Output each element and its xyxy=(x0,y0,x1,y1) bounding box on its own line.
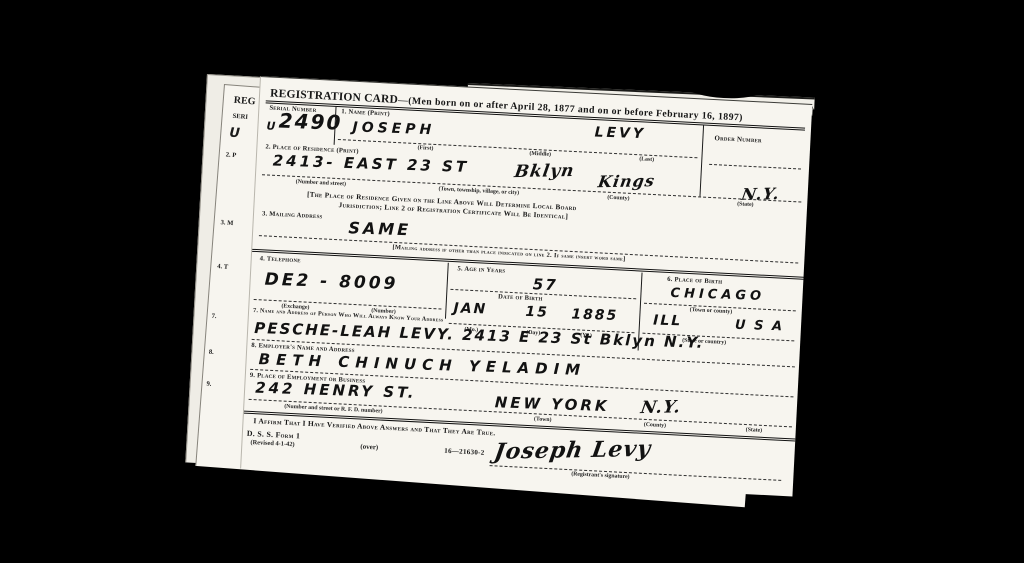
print-code: 16—21630-2 xyxy=(444,447,485,457)
date-of-birth-label: Date of Birth xyxy=(498,293,543,302)
partial-label: 2. P xyxy=(225,151,236,159)
order-box-border xyxy=(699,125,704,196)
name-label: 1. Name (Print) xyxy=(341,108,390,117)
order-number-line xyxy=(709,164,801,170)
partial-label: 8. xyxy=(209,349,214,356)
residence-street-value: 2413- EAST 23 ST xyxy=(272,151,469,176)
order-number-label: Order Number xyxy=(714,134,762,144)
form-revision: (Revised 4-1-42) xyxy=(250,439,295,448)
partial-label: 7. xyxy=(211,313,216,320)
telephone-value: DE2 - 8009 xyxy=(264,270,398,294)
mailing-address-label: 3. Mailing Address xyxy=(262,210,323,220)
scanned-document: REG SERI U 2. P 3. M 4. T 7. 8. 9. REGIS… xyxy=(0,0,1024,563)
first-sublabel: (First) xyxy=(417,145,433,152)
employment-town-sublabel: (Town) xyxy=(534,416,552,423)
birthplace-country-value: U S A xyxy=(735,318,785,335)
serial-prefix: U xyxy=(266,119,277,132)
street-sublabel: (Number and street) xyxy=(296,179,347,188)
birth-day-value: 15 xyxy=(525,304,549,321)
place-of-birth-label: 6. Place of Birth xyxy=(667,276,722,286)
employment-state-sublabel: (State) xyxy=(746,427,763,434)
partial-label: 9. xyxy=(206,381,211,388)
birth-month-value: JAN xyxy=(453,300,487,317)
employment-county-sublabel: (County) xyxy=(644,422,667,429)
registrant-signature: Joseph Levy xyxy=(492,436,653,465)
age-value: 57 xyxy=(533,275,558,294)
state-sublabel: (State) xyxy=(737,201,754,208)
birthplace-town-value: CHICAGO xyxy=(670,286,765,304)
employment-street-value: 242 HENRY ST. xyxy=(255,379,417,402)
column-divider xyxy=(445,263,449,319)
last-sublabel: (Last) xyxy=(639,156,654,163)
mailing-address-value: SAME xyxy=(348,218,411,239)
residence-town-value: Bklyn xyxy=(513,161,576,182)
telephone-label: 4. Telephone xyxy=(260,255,301,264)
partial-handwriting: U xyxy=(229,126,242,142)
over-note: (over) xyxy=(360,443,378,452)
partial-label: 4. T xyxy=(217,263,228,271)
age-label: 5. Age in Years xyxy=(457,265,505,274)
birthplace-state-value: ILL xyxy=(653,312,683,329)
employment-state-value: N.Y. xyxy=(639,397,682,418)
serial-number-value: 2490 xyxy=(278,109,342,135)
town-or-county-sublabel: (Town or county) xyxy=(690,307,733,315)
county-sublabel: (County) xyxy=(607,195,630,202)
signature-line xyxy=(490,465,782,481)
mailing-line xyxy=(259,235,798,263)
name-first-value: JOSEPH xyxy=(352,119,435,138)
partial-label: SERI xyxy=(232,113,248,121)
registration-card: REGISTRATION CARD—(Men born on or after … xyxy=(240,76,812,496)
middle-sublabel: (Middle) xyxy=(529,151,551,158)
name-last-value: LEVY xyxy=(594,124,646,142)
partial-label: 3. M xyxy=(220,219,233,227)
residence-county-value: Kings xyxy=(597,171,657,191)
birth-year-value: 1885 xyxy=(571,306,618,324)
partial-title: REG xyxy=(233,95,255,108)
